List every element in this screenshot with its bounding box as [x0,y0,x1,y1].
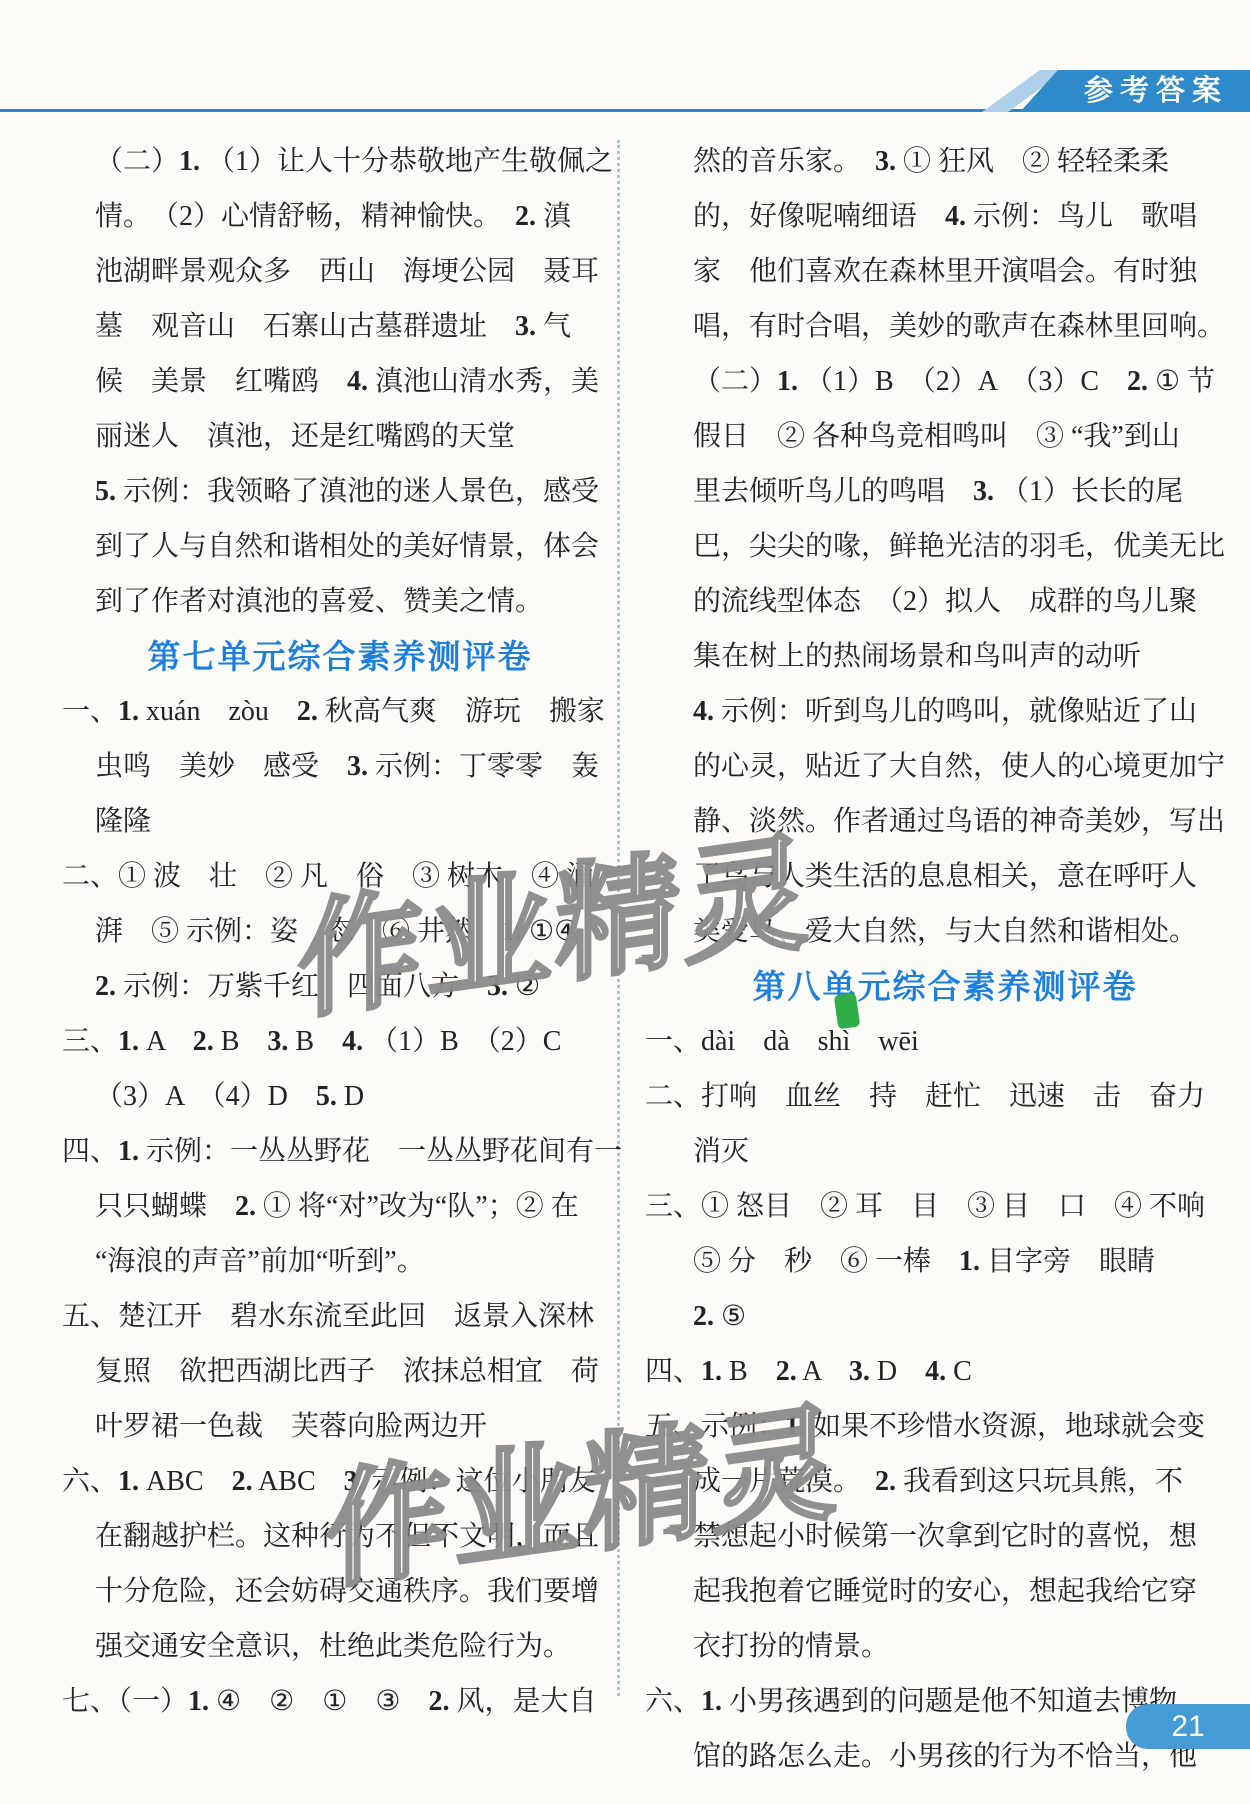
section-heading: 第八单元综合素养测评卷 [645,959,1245,1014]
answer-line: 假日 ② 各种鸟竞相鸣叫 ③ “我”到山 [645,409,1245,464]
answer-line: 十分危险，还会妨碍交通秩序。我们要增 [62,1564,618,1619]
section-heading: 第七单元综合素养测评卷 [62,629,618,684]
answer-line: 三、① 怒目 ② 耳 目 ③ 目 口 ④ 不响 [645,1179,1245,1234]
answer-line: 强交通安全意识，杜绝此类危险行为。 [62,1619,618,1674]
answer-line: 唱，有时合唱，美妙的歌声在森林里回响。 [645,299,1245,354]
answer-line: 成一片荒漠。 2. 我看到这只玩具熊，不 [645,1454,1245,1509]
answer-line: （3）A （4）D 5. D [62,1069,618,1124]
answer-line: 巴，尖尖的喙，鲜艳光洁的羽毛，优美无比 [645,519,1245,574]
answer-line: 类爱鸟、爱大自然，与大自然和谐相处。 [645,904,1245,959]
answer-line: 到了作者对滇池的喜爱、赞美之情。 [62,574,618,629]
answer-line: 二、① 波 壮 ② 凡 俗 ③ 树木 ④ 涌 [62,849,618,904]
answer-line: 在翻越护栏。这种行为不但不文明，而且 [62,1509,618,1564]
answer-line: 墓 观音山 石寨山古墓群遗址 3. 气 [62,299,618,354]
answer-line: 情。 （2）心情舒畅，精神愉快。 2. 滇 [62,189,618,244]
answer-line: 四、1. 示例：一丛丛野花 一丛丛野花间有一 [62,1124,618,1179]
answer-line: 叶罗裙一色裁 芙蓉向脸两边开 [62,1399,618,1454]
answer-line: 池湖畔景观众多 西山 海埂公园 聂耳 [62,244,618,299]
answer-line: 2. 示例：万紫千红 四面八方 3. ② [62,959,618,1014]
answer-line: “海浪的声音”前加“听到”。 [62,1234,618,1289]
answer-line: 衣打扮的情景。 [645,1619,1245,1674]
answer-line: 的，好像呢喃细语 4. 示例：鸟儿 歌唱 [645,189,1245,244]
answer-line: （二）1. （1）B （2）A （3）C 2. ① 节 [645,354,1245,409]
answer-line: 湃 ⑤ 示例：姿 态 ⑥ 井然 1. ①④ [62,904,618,959]
answer-line: （二）1. （1）让人十分恭敬地产生敬佩之 [62,134,618,189]
answer-line: 复照 欲把西湖比西子 浓抹总相宜 荷 [62,1344,618,1399]
answers-right-column: 然的音乐家。 3. ① 狂风 ② 轻轻柔柔的，好像呢喃细语 4. 示例：鸟儿 歌… [645,134,1245,1784]
answer-line: 只只蝴蝶 2. ① 将“对”改为“队”；② 在 [62,1179,618,1234]
answer-line: 到了人与自然和谐相处的美好情景，体会 [62,519,618,574]
answer-line: 二、打响 血丝 持 赶忙 迅速 击 奋力 [645,1069,1245,1124]
answer-line: 的流线型体态 （2）拟人 成群的鸟儿聚 [645,574,1245,629]
answer-line: 集在树上的热闹场景和鸟叫声的动听 [645,629,1245,684]
reference-answers-label: 参考答案 [1084,75,1228,107]
answer-line: 隆隆 [62,794,618,849]
answer-line: 5. 示例：我领略了滇池的迷人景色，感受 [62,464,618,519]
answer-line: 家 他们喜欢在森林里开演唱会。有时独 [645,244,1245,299]
answers-left-column: （二）1. （1）让人十分恭敬地产生敬佩之情。 （2）心情舒畅，精神愉快。 2.… [62,134,618,1729]
answer-line: 丽迷人 滇池，还是红嘴鸥的天堂 [62,409,618,464]
answer-line: 了鸟与人类生活的息息相关，意在呼吁人 [645,849,1245,904]
answer-line: 六、1. ABC 2. ABC 3. 示例：这位小朋友 [62,1454,618,1509]
page-number: 21 [1171,1710,1204,1743]
answer-line: 三、1. A 2. B 3. B 4. （1）B （2）C [62,1014,618,1069]
answer-line: 七、（一）1. ④ ② ① ③ 2. 风，是大自 [62,1674,618,1729]
answer-line: 里去倾听鸟儿的鸣唱 3. （1）长长的尾 [645,464,1245,519]
answer-line: ⑤ 分 秒 ⑥ 一棒 1. 目字旁 眼睛 [645,1234,1245,1289]
answer-line: 2. ⑤ [645,1289,1245,1344]
answer-line: 静、淡然。作者通过鸟语的神奇美妙，写出 [645,794,1245,849]
watermark-logo [834,993,861,1030]
answer-line: 然的音乐家。 3. ① 狂风 ② 轻轻柔柔 [645,134,1245,189]
page: 参考答案 （二）1. （1）让人十分恭敬地产生敬佩之情。 （2）心情舒畅，精神愉… [0,0,1250,1804]
answer-line: 的心灵，贴近了大自然，使人的心境更加宁 [645,739,1245,794]
answer-line: 禁想起小时候第一次拿到它时的喜悦，想 [645,1509,1245,1564]
answer-line: 4. 示例：听到鸟儿的鸣叫，就像贴近了山 [645,684,1245,739]
page-number-badge: 21 [1126,1704,1250,1749]
answer-line: 五、楚江开 碧水东流至此回 返景入深林 [62,1289,618,1344]
answer-line: 起我抱着它睡觉时的安心，想起我给它穿 [645,1564,1245,1619]
answer-line: 一、1. xuán zòu 2. 秋高气爽 游玩 搬家 [62,684,618,739]
answer-line: 候 美景 红嘴鸥 4. 滇池山清水秀，美 [62,354,618,409]
answer-line: 消灭 [645,1124,1245,1179]
answer-line: 一、dài dà shì wēi [645,1014,1245,1069]
answer-line: 五、示例：1. 如果不珍惜水资源，地球就会变 [645,1399,1245,1454]
answer-line: 四、1. B 2. A 3. D 4. C [645,1344,1245,1399]
answer-line: 虫鸣 美妙 感受 3. 示例：丁零零 轰 [62,739,618,794]
